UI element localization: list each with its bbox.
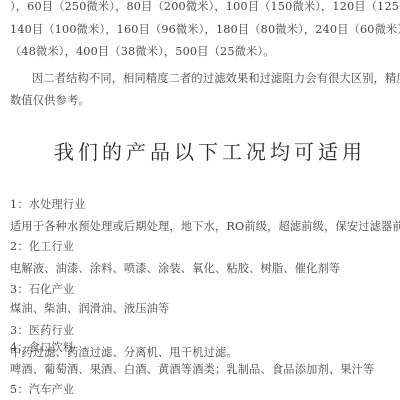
note-line-2: 数值仅供参考。 (10, 94, 90, 108)
industry-heading-auto: 5：汽车产业 (10, 383, 74, 397)
industry-heading-water: 1：水处理行业 (10, 198, 86, 212)
industry-desc-petrochemical: 煤油、柴油、润滑油、液压油等 (10, 302, 169, 316)
industry-heading-food: 4：食口饮料 (10, 341, 74, 355)
spec-line-3: （48微米），400目（38微米），500目（25微米）。 (10, 45, 275, 59)
industry-heading-chemical: 2：化工行业 (10, 240, 74, 254)
industry-heading-petrochemical: 3：石化产业 (10, 283, 74, 297)
section-title: 我们的产品以下工况均可适用 (0, 140, 400, 164)
industry-heading-pharma: 3：医药行业 (10, 324, 74, 338)
industry-desc-water: 适用于各种水预处理或后期处理，地下水，RO前级，超滤前级，保安过滤器前级。 (10, 220, 400, 234)
document-page: ），60目（250微米），80目（200微米），100目（150微米），120目… (0, 0, 400, 400)
spec-line-2: 140目（100微米），160目（96微米），180目（80微米），240目（6… (10, 23, 400, 37)
industry-desc-food: 啤酒、葡萄酒、果酒、白酒、黄酒等酒类；乳制品、食品添加剂、果汁等 (10, 363, 374, 377)
note-line-1: 因二者结构不同，相同精度二者的过滤效果和过滤阻力会有很大区别，精度转换 (32, 72, 400, 86)
industry-desc-chemical: 电解液、油漆、涂料、喷漆、涂装、氧化、粘胶、树脂、催化剂等 (10, 262, 340, 276)
spec-line-1: ），60目（250微米），80目（200微米），100目（150微米），120目… (10, 0, 400, 14)
